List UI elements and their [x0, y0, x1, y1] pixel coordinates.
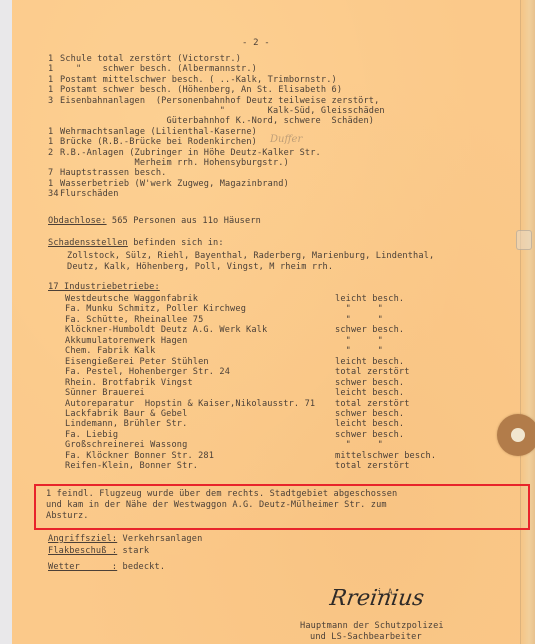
industry-status: total zerstört: [335, 399, 410, 409]
damage-list-item: 1Schule total zerstört (Victorstr.): [48, 54, 241, 64]
industry-status: " ": [335, 304, 383, 314]
industry-name: Autoreparatur Hopstin & Kaiser,Nikolauss…: [65, 399, 315, 409]
stain-mark: [516, 230, 532, 250]
damage-list-item: Merheim rrh. Hohensyburgstr.): [48, 158, 289, 168]
damage-count: 1: [48, 85, 60, 95]
industry-status: mittelschwer besch.: [335, 451, 436, 461]
damage-text: Hauptstrassen besch.: [60, 168, 166, 178]
flak-value: stark: [123, 546, 150, 556]
damage-text: Güterbahnhof K.-Nord, schwere Schäden): [60, 116, 374, 126]
damage-text: Postamt mittelschwer besch. ( ..-Kalk, T…: [60, 75, 337, 85]
damage-list-item: 1Postamt mittelschwer besch. ( ..-Kalk, …: [48, 75, 337, 85]
damage-list-item: 1 " schwer besch. (Albermannstr.): [48, 64, 257, 74]
damage-sites-label: Schadensstellen: [48, 238, 128, 248]
industry-status: leicht besch.: [335, 419, 404, 429]
damage-sites-suffix: befinden sich in:: [133, 238, 224, 248]
damage-count: 3: [48, 96, 60, 106]
industry-status: schwer besch.: [335, 325, 404, 335]
damage-count: 2: [48, 148, 60, 158]
flak-line: Flakbeschuß : stark: [48, 546, 149, 556]
industry-status: " ": [335, 315, 383, 325]
weather-label: Wetter :: [48, 562, 117, 572]
damage-sites-heading: Schadensstellen befinden sich in:: [48, 238, 224, 248]
note-line1: 1 feindl. Flugzeug wurde über dem rechts…: [46, 489, 397, 499]
homeless-value: 565 Personen aus 11o Häusern: [112, 216, 261, 226]
industry-name: Großschreinerei Wassong: [65, 440, 187, 450]
damage-text: Wasserbetrieb (W'werk Zugweg, Magazinbra…: [60, 179, 289, 189]
damage-text: R.B.-Anlagen (Zubringer in Höhe Deutz-Ka…: [60, 148, 321, 158]
damage-list-item: 1Wasserbetrieb (W'werk Zugweg, Magazinbr…: [48, 179, 289, 189]
industry-name: Eisengießerei Peter Stühlen: [65, 357, 209, 367]
damage-count: 1: [48, 64, 60, 74]
damage-text: Merheim rrh. Hohensyburgstr.): [60, 158, 289, 168]
industry-name: Akkumulatorenwerk Hagen: [65, 336, 187, 346]
homeless-line: Obdachlose: 565 Personen aus 11o Häusern: [48, 216, 261, 226]
industry-name: Klöckner-Humboldt Deutz A.G. Werk Kalk: [65, 325, 267, 335]
industry-name: Fa. Liebig: [65, 430, 118, 440]
industry-status: schwer besch.: [335, 430, 404, 440]
damage-count: 1: [48, 127, 60, 137]
industry-status: total zerstört: [335, 367, 410, 377]
signoff-title-line2: und LS-Sachbearbeiter: [310, 632, 422, 642]
industry-name: Lackfabrik Baur & Gebel: [65, 409, 187, 419]
damage-sites-line1: Zollstock, Sülz, Riehl, Bayenthal, Rader…: [67, 251, 434, 261]
damage-list-item: 1Postamt schwer besch. (Höhenberg, An St…: [48, 85, 342, 95]
attack-target-value: Verkehrsanlagen: [123, 534, 203, 544]
damage-count: 1: [48, 137, 60, 147]
industry-status: leicht besch.: [335, 357, 404, 367]
industry-status: leicht besch.: [335, 388, 404, 398]
industry-status: schwer besch.: [335, 378, 404, 388]
pencil-annotation: Duffer: [270, 134, 302, 145]
damage-list-item: " Kalk-Süd, Gleisschäden: [48, 106, 385, 116]
damage-list-item: 34Flurschäden: [48, 189, 119, 199]
industry-name: Fa. Klöckner Bonner Str. 281: [65, 451, 214, 461]
damage-text: " schwer besch. (Albermannstr.): [60, 64, 257, 74]
note-line3: Absturz.: [46, 511, 89, 521]
industry-name: Lindemann, Brühler Str.: [65, 419, 187, 429]
industry-status: leicht besch.: [335, 294, 404, 304]
damage-text: " Kalk-Süd, Gleisschäden: [60, 106, 385, 116]
industry-name: Rhein. Brotfabrik Vingst: [65, 378, 193, 388]
industry-name: Fa. Schütte, Rheinallee 75: [65, 315, 203, 325]
weather-value: bedeckt.: [123, 562, 166, 572]
note-line2: und kam in der Nähe der Westwaggon A.G. …: [46, 500, 387, 510]
industry-status: total zerstört: [335, 461, 410, 471]
industry-name: Chem. Fabrik Kalk: [65, 346, 156, 356]
industry-status: " ": [335, 346, 383, 356]
attack-target-line: Angriffsziel: Verkehrsanlagen: [48, 534, 202, 544]
industry-status: schwer besch.: [335, 409, 404, 419]
industry-heading: 17 Industriebetriebe:: [48, 282, 160, 292]
damage-count: 7: [48, 168, 60, 178]
industry-name: Reifen-Klein, Bonner Str.: [65, 461, 198, 471]
damage-sites-line2: Deutz, Kalk, Höhenberg, Poll, Vingst, M …: [67, 262, 333, 272]
damage-text: Postamt schwer besch. (Höhenberg, An St.…: [60, 85, 342, 95]
weather-line: Wetter : bedeckt.: [48, 562, 165, 572]
punch-hole: [497, 414, 535, 456]
damage-count: 1: [48, 75, 60, 85]
damage-text: Schule total zerstört (Victorstr.): [60, 54, 241, 64]
industry-name: Fa. Munku Schmitz, Poller Kirchweg: [65, 304, 246, 314]
flak-label: Flakbeschuß :: [48, 546, 117, 556]
signature: Rreinius: [328, 586, 425, 611]
damage-list-item: 1Brücke (R.B.-Brücke bei Rodenkirchen): [48, 137, 257, 147]
damage-list-item: Güterbahnhof K.-Nord, schwere Schäden): [48, 116, 374, 126]
attack-target-label: Angriffsziel:: [48, 534, 117, 544]
damage-list-item: 7Hauptstrassen besch.: [48, 168, 166, 178]
industry-status: " ": [335, 440, 383, 450]
document-page: - 2 - Duffer Obdachlose: 565 Personen au…: [12, 0, 535, 644]
industry-name: Sünner Brauerei: [65, 388, 145, 398]
damage-text: Wehrmachtsanlage (Lilienthal-Kaserne): [60, 127, 257, 137]
industry-name: Westdeutsche Waggonfabrik: [65, 294, 198, 304]
damage-text: Brücke (R.B.-Brücke bei Rodenkirchen): [60, 137, 257, 147]
page-edge: [520, 0, 535, 644]
industry-name: Fa. Pestel, Hohenberger Str. 24: [65, 367, 230, 377]
damage-list-item: 3Eisenbahnanlagen (Personenbahnhof Deutz…: [48, 96, 379, 106]
damage-text: Flurschäden: [60, 189, 119, 199]
damage-count: 1: [48, 54, 60, 64]
damage-count: 34: [48, 189, 60, 199]
damage-text: Eisenbahnanlagen (Personenbahnhof Deutz …: [60, 96, 379, 106]
damage-list-item: 1Wehrmachtsanlage (Lilienthal-Kaserne): [48, 127, 257, 137]
page-number: - 2 -: [242, 38, 270, 48]
damage-list-item: 2R.B.-Anlagen (Zubringer in Höhe Deutz-K…: [48, 148, 321, 158]
industry-status: " ": [335, 336, 383, 346]
signoff-title-line1: Hauptmann der Schutzpolizei: [300, 621, 444, 631]
homeless-label: Obdachlose:: [48, 216, 107, 226]
damage-count: 1: [48, 179, 60, 189]
